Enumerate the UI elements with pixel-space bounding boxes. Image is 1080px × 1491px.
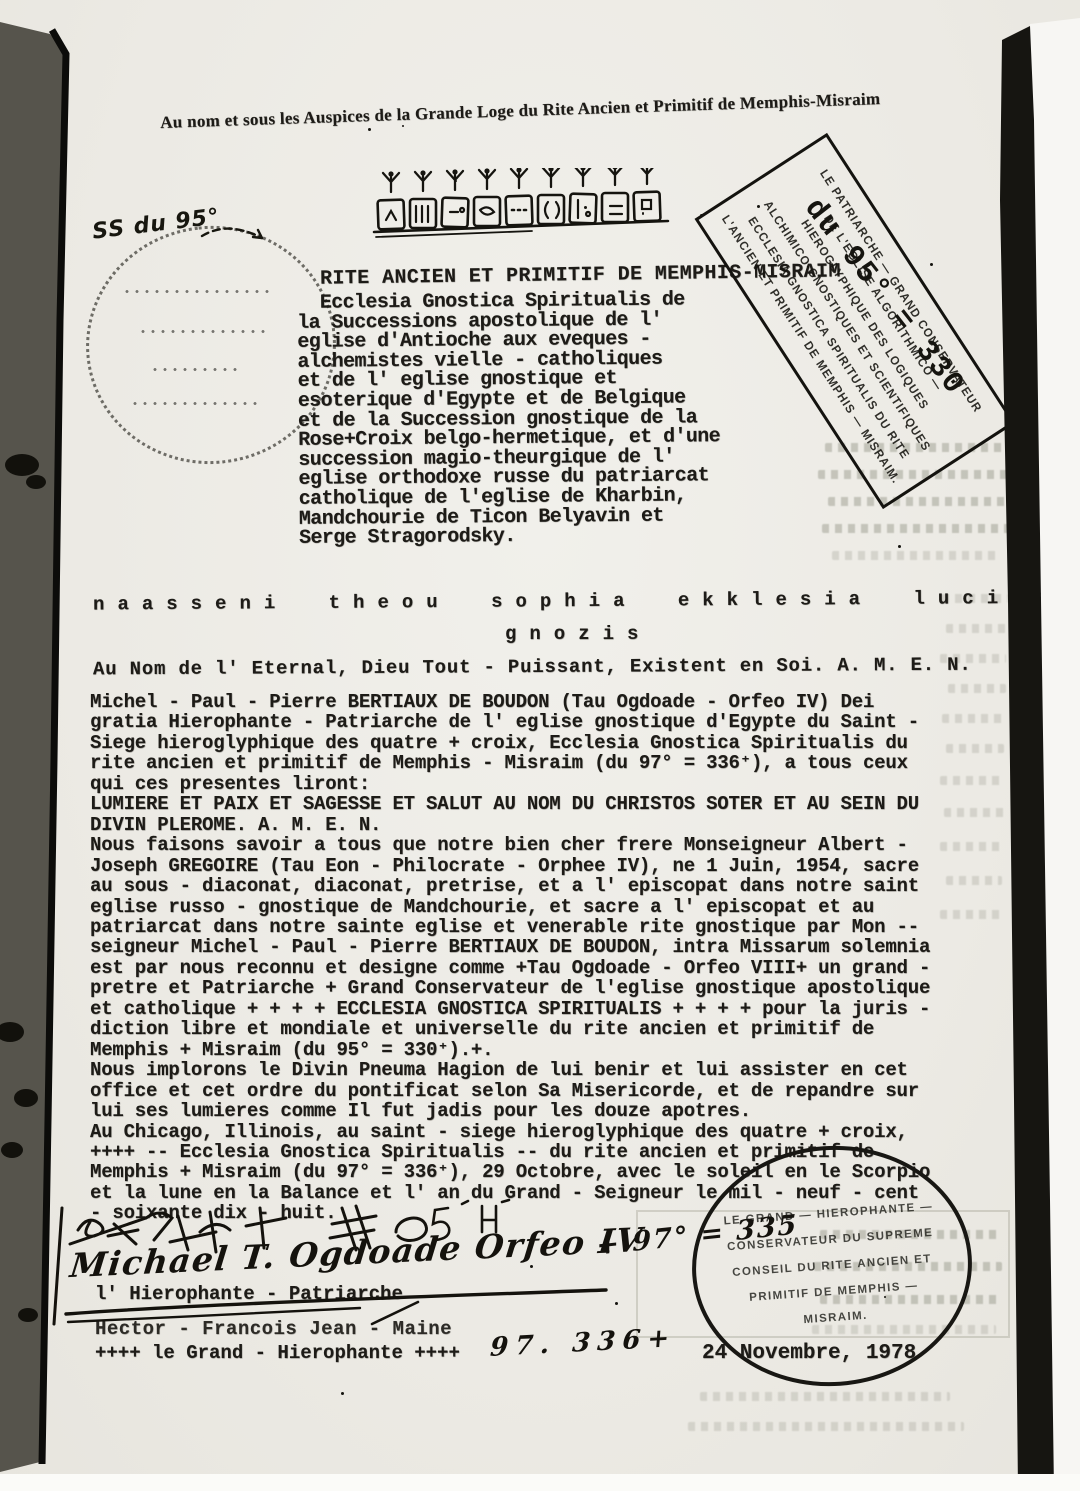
intro-paragraph: Ecclesia Gnostica Spiritualis de la Succ… [297, 290, 721, 548]
bleed-through-mark [940, 776, 1004, 785]
bleed-through-mark [944, 808, 1004, 817]
bleed-through-mark [688, 1422, 964, 1431]
ink-speck [368, 128, 371, 131]
motto-line: naasseni theou sophia ekklesia lucifer [93, 587, 1080, 616]
bleed-through-mark [822, 524, 1010, 533]
ink-speck [898, 545, 901, 548]
bleed-through-mark [832, 551, 997, 560]
ink-speck [341, 1392, 344, 1395]
bleed-through-mark [828, 497, 1008, 506]
masthead-line: Au nom et sous les Auspices de la Grande… [160, 89, 881, 133]
ink-speck [455, 180, 457, 182]
motto-word: gnozis [505, 623, 651, 645]
faint-stamp-text-row [150, 366, 242, 374]
bleed-through-mark [700, 1392, 950, 1401]
diagonal-rect-stamp: LE PATRIARCHE — GRAND CONSERVATEUR DE L'… [695, 133, 1016, 509]
bleed-through-mark [946, 744, 1004, 753]
arrow-icon [200, 220, 272, 248]
bleed-through-mark [940, 910, 1004, 919]
faint-stamp-text-row [138, 328, 268, 336]
scanned-charter-page: Au nom et sous les Auspices de la Grande… [0, 0, 1080, 1491]
ink-speck [584, 206, 587, 209]
faint-stamp-text-row [130, 400, 258, 408]
ink-speck [930, 263, 933, 266]
bleed-through-mark [942, 714, 1006, 723]
bleed-through-mark [948, 684, 1006, 693]
bleed-through-mark [946, 876, 1002, 885]
hieroglyph-banner [372, 168, 672, 242]
ink-speck [642, 212, 644, 215]
faint-stamp-text-row [122, 288, 272, 296]
bleed-through-mark [940, 842, 1004, 851]
ink-speck [402, 125, 404, 127]
body-text: Michel - Paul - Pierre BERTIAUX DE BOUDO… [90, 692, 930, 1224]
invocation-line: Au Nom de l' Eternal, Dieu Tout - Puissa… [93, 654, 972, 681]
bleed-through-mark [946, 624, 1006, 633]
